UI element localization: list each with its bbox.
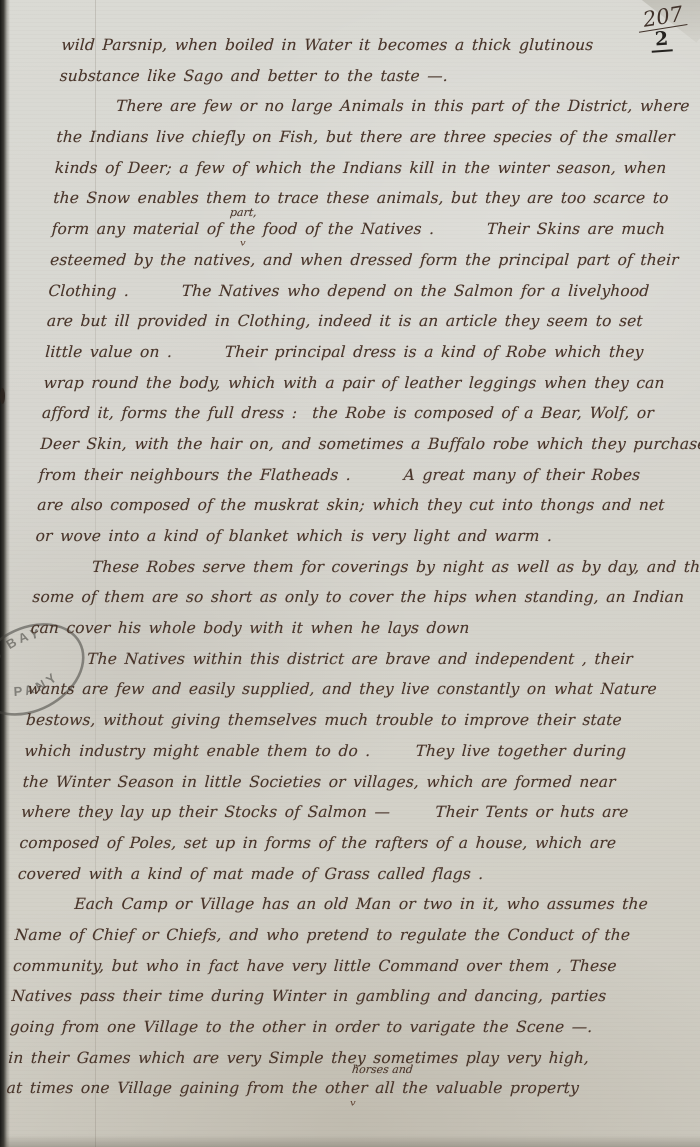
manuscript-line: Name of Chief or Chiefs, and who pretend… — [14, 920, 674, 951]
manuscript-text-block: wild Parsnip, when boiled in Water it be… — [6, 30, 700, 1104]
manuscript-line: Natives pass their time during Winter in… — [11, 981, 671, 1012]
caret-mark: v — [240, 239, 246, 248]
page-bottom-shadow — [0, 1135, 700, 1147]
manuscript-line: are also composed of the muskrat skin; w… — [36, 490, 696, 521]
manuscript-line: at times one Village gaining from the ot… — [6, 1073, 666, 1104]
manuscript-line: community, but who in fact have very lit… — [12, 951, 672, 982]
manuscript-line: wants are few and easily supplied, and t… — [27, 674, 687, 705]
manuscript-line: composed of Poles, set up in forms of th… — [19, 828, 679, 859]
ink-blot — [0, 388, 5, 404]
interlinear-insertion: part, — [229, 206, 257, 219]
manuscript-line: afford it, forms the full dress : the Ro… — [41, 398, 700, 429]
manuscript-line: covered with a kind of mat made of Grass… — [17, 859, 677, 890]
manuscript-line: esteemed by the natives, and when dresse… — [49, 245, 700, 276]
manuscript-line: There are few or no large Animals in thi… — [57, 91, 700, 122]
manuscript-line: which industry might enable them to do .… — [24, 736, 684, 767]
page-gutter-edge — [0, 0, 10, 1147]
manuscript-line: wild Parsnip, when boiled in Water it be… — [61, 30, 700, 61]
manuscript-line: Clothing . The Natives who depend on the… — [48, 276, 700, 307]
manuscript-line: The Natives within this district are bra… — [28, 644, 688, 675]
manuscript-page: 207 2 ON'S BAY PANY wild Parsnip, when b… — [0, 0, 700, 1147]
manuscript-line: bestows, without giving themselves much … — [25, 705, 685, 736]
manuscript-line: are but ill provided in Clothing, indeed… — [46, 306, 700, 337]
manuscript-line: going from one Village to the other in o… — [9, 1012, 669, 1043]
manuscript-line: the Winter Season in little Societies or… — [22, 767, 682, 798]
manuscript-line: can cover his whole body with it when he… — [30, 613, 690, 644]
caret-mark: v — [350, 1099, 356, 1108]
manuscript-line: substance like Sago and better to the ta… — [59, 61, 700, 92]
manuscript-line: in their Games which are very Simple the… — [7, 1043, 667, 1074]
manuscript-line: little value on . Their principal dress … — [44, 337, 700, 368]
manuscript-line: the Indians live chiefly on Fish, but th… — [56, 122, 700, 153]
manuscript-line: from their neighbours the Flatheads . A … — [38, 460, 698, 491]
manuscript-line: These Robes serve them for coverings by … — [33, 552, 693, 583]
interlinear-insertion: horses and — [351, 1063, 413, 1076]
manuscript-line: form any material of the food of the Nat… — [51, 214, 700, 245]
manuscript-line: Deer Skin, with the hair on, and sometim… — [40, 429, 700, 460]
manuscript-line: the Snow enables them to trace these ani… — [52, 183, 700, 214]
manuscript-line: some of them are so short as only to cov… — [32, 582, 692, 613]
manuscript-line: kinds of Deer; a few of which the Indian… — [54, 153, 700, 184]
manuscript-line: Each Camp or Village has an old Man or t… — [16, 889, 676, 920]
manuscript-line: wrap round the body, which with a pair o… — [43, 368, 700, 399]
manuscript-line: where they lay up their Stocks of Salmon… — [20, 797, 680, 828]
manuscript-line: or wove into a kind of blanket which is … — [35, 521, 695, 552]
